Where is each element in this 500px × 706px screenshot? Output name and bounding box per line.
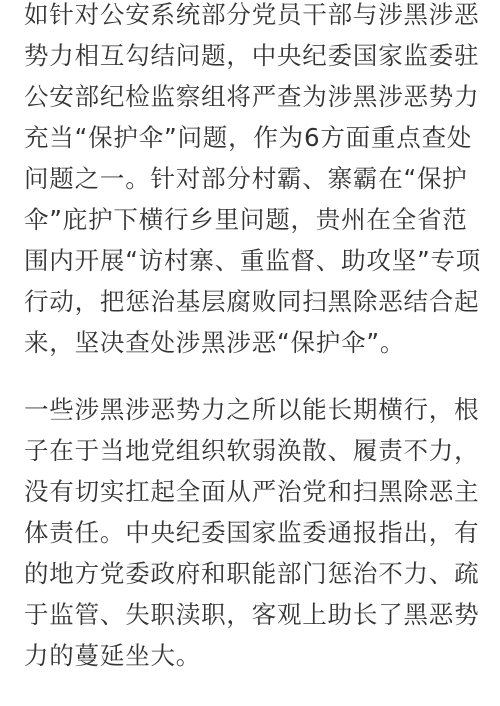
- article-paragraph-1: 如针对公安系统部分党员干部与涉黑涉恶势力相互勾结问题，中央纪委国家监委驻公安部纪…: [24, 0, 484, 363]
- article-paragraph-2: 一些涉黑涉恶势力之所以能长期横行，根子在于当地党组织软弱涣散、履责不力，没有切实…: [24, 389, 484, 676]
- article-body: 如针对公安系统部分党员干部与涉黑涉恶势力相互勾结问题，中央纪委国家监委驻公安部纪…: [24, 0, 484, 702]
